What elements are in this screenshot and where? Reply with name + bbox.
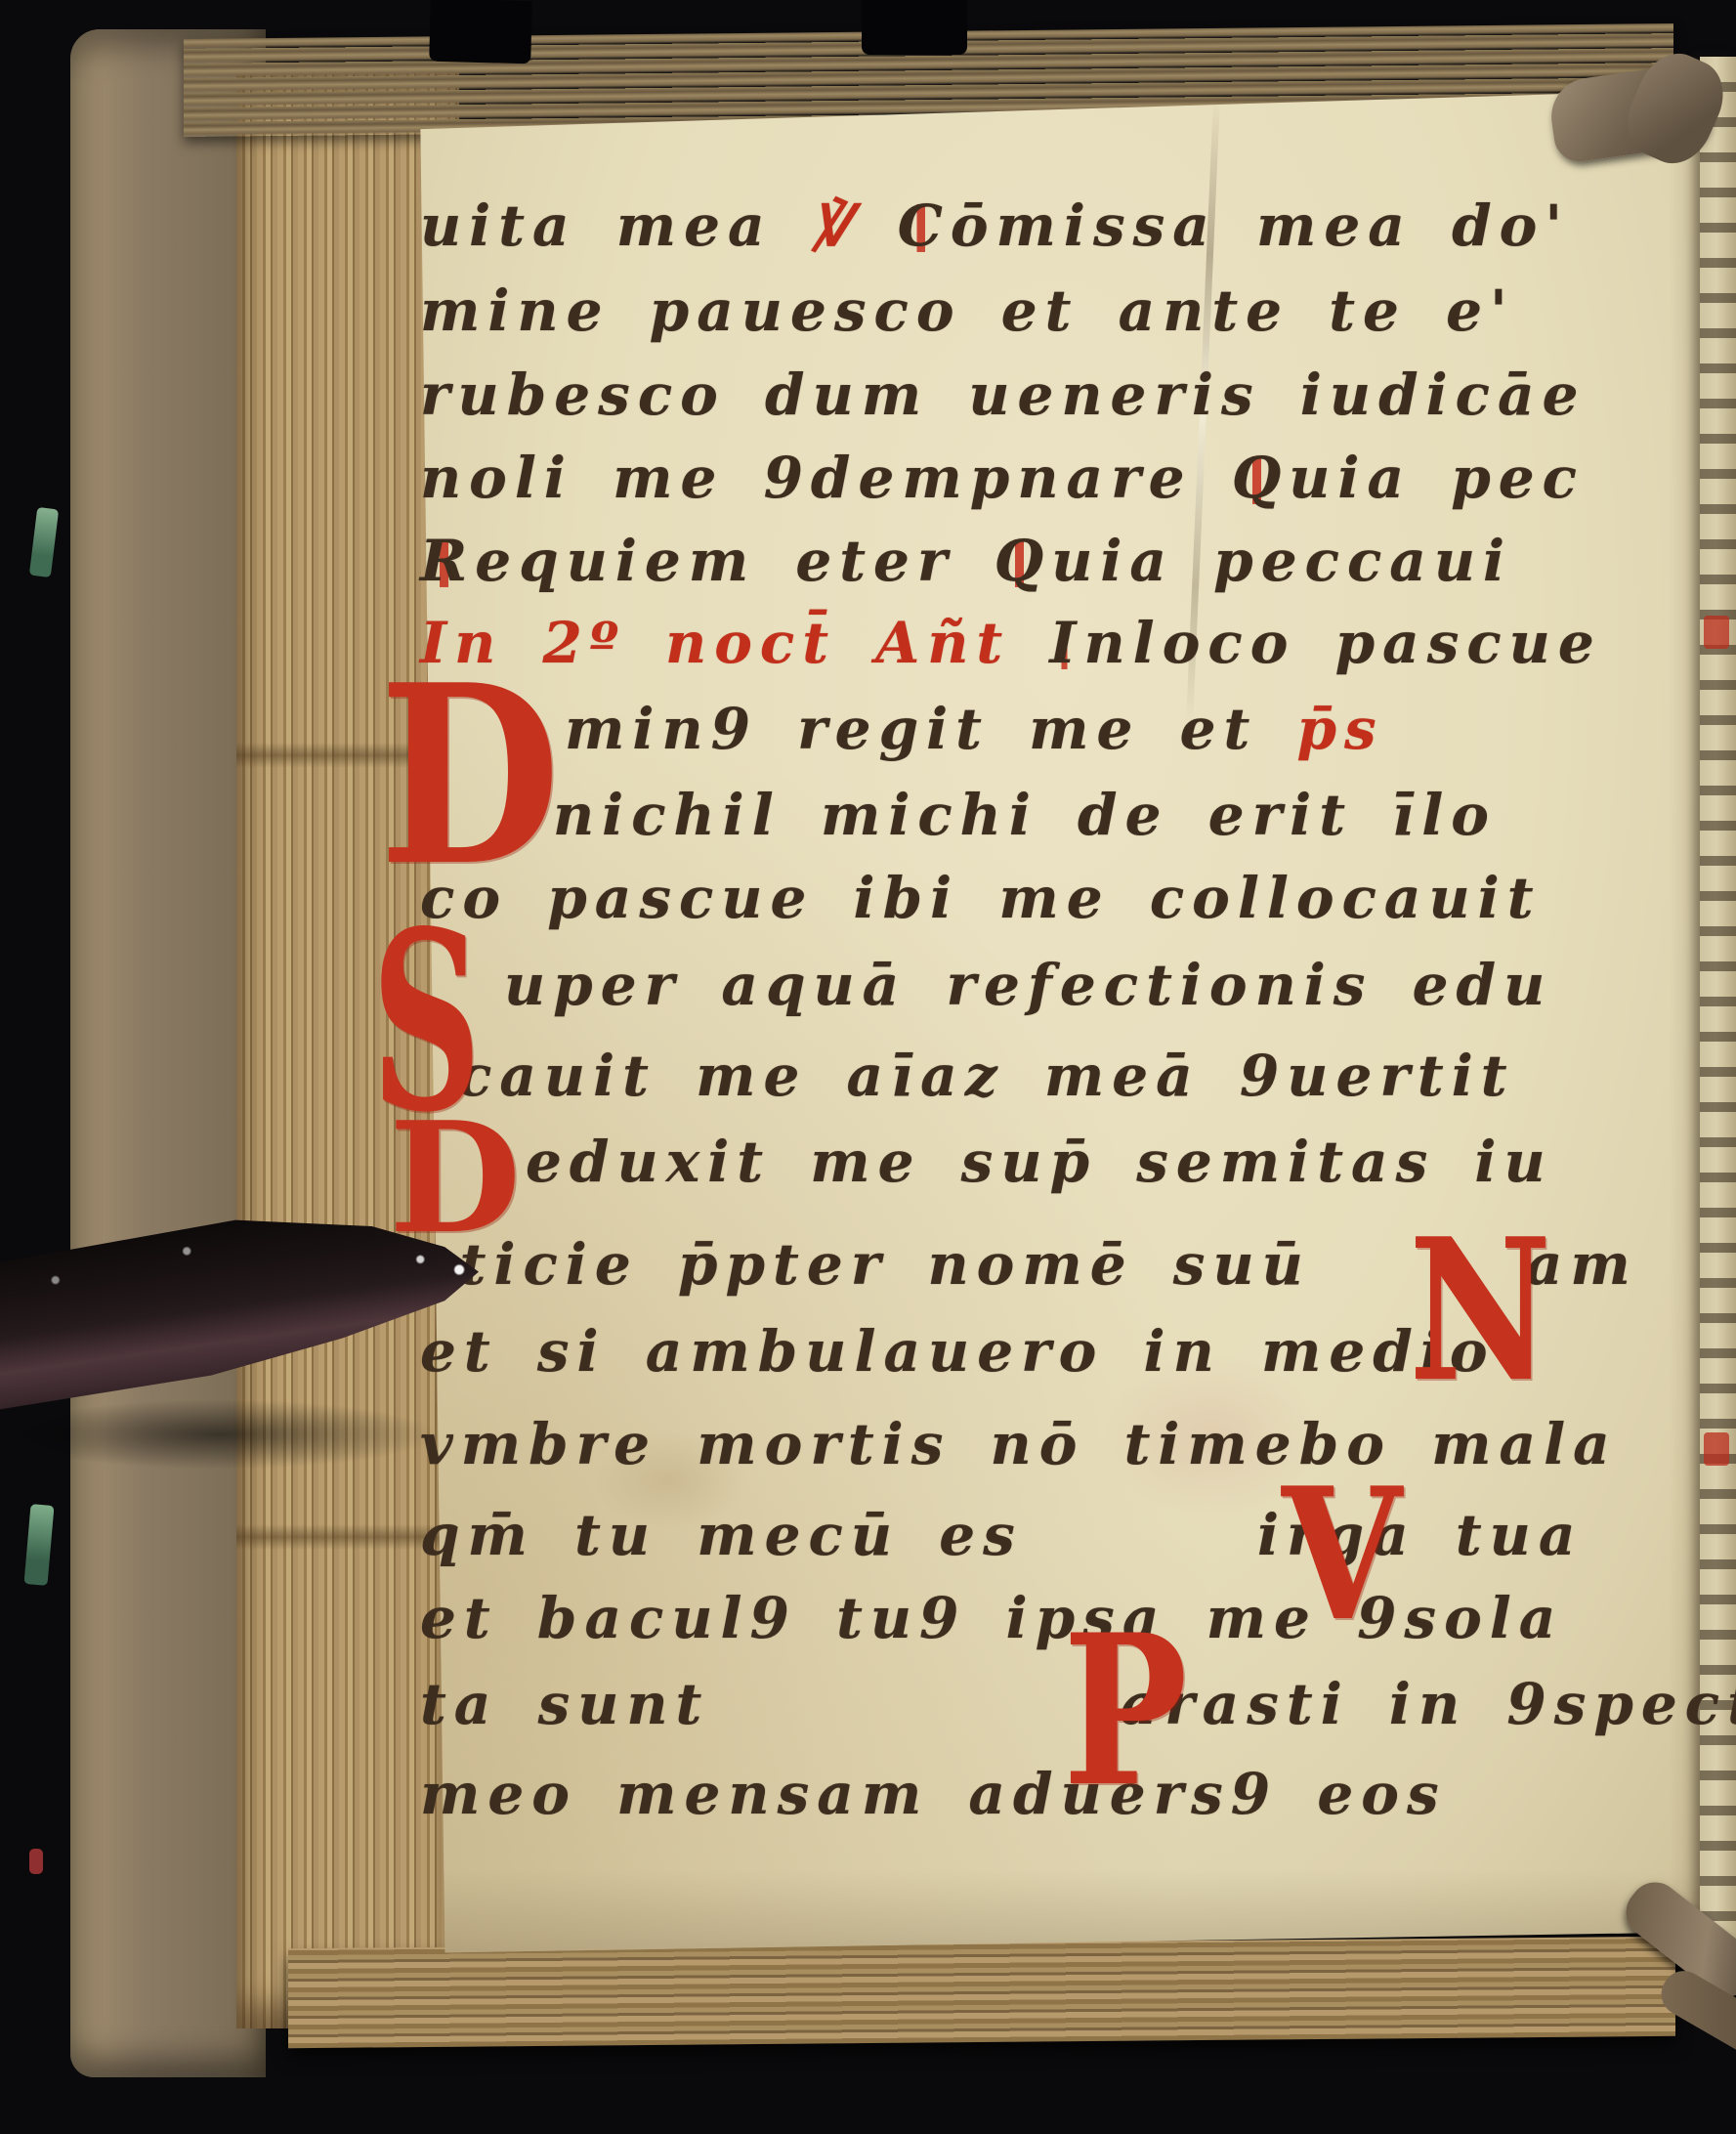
text-segment: uita mea [420,192,812,259]
binding-strap-top-right [1544,47,1729,186]
red-edge-speck [29,1849,43,1874]
red-touched-capital: I [1049,610,1083,676]
illuminated-initial-N-nam: N [1409,1214,1551,1409]
red-touched-capital: R [420,528,475,594]
text-segment: meo mensam aduers9 eos [420,1761,1447,1827]
binding-strap-bottom-right [1600,1899,1736,2105]
text-line-3: rubesco dum ueneris iudicāe [420,350,1586,440]
text-segment: cauit me aīaz meā 9uertit [457,1043,1515,1109]
text-segment: qm̄ tu mecū es [420,1502,1062,1568]
text-segment: eduxit me sup̄ semitas iu [526,1129,1553,1195]
text-segment: uper aquā refectionis edu [504,952,1552,1018]
illuminated-initial-V-virga: V [1282,1464,1402,1645]
text-line-5: Requiem eter Quia peccaui [420,516,1512,606]
red-touched-capital: Q [995,528,1052,594]
illuminated-initial-D-dominus: D [379,653,561,899]
red-touched-capital: C [898,192,951,259]
illuminated-initial-P-parasti: P [1063,1607,1188,1814]
text-line-9: co pascue ibi me collocauit [420,853,1541,943]
stylus-shadow [0,1399,440,1470]
text-segment: rubesco dum ueneris iudicāe [420,362,1586,428]
versicle-mark: ℣ [812,192,898,259]
text-segment: arasti in 9spectu [1121,1671,1736,1737]
text-line-16: qm̄ tu mecū es irga tua [420,1490,1583,1580]
manuscript-photo: uita mea ℣ Cōmissa mea do' mine pauesco … [0,0,1736,2134]
strap-piece [1615,42,1735,174]
black-holder-clip [429,0,532,64]
text-segment: uia peccaui [1051,528,1512,594]
text-segment: mine pauesco et ante te e' [420,277,1515,344]
text-segment: noli me 9dempnare [420,445,1232,511]
text-line-2: mine pauesco et ante te e' [420,266,1515,356]
text-line-7: min9 regit me et p̄s [565,684,1384,774]
red-touched-capital: Q [1232,445,1290,511]
text-segment: nichil michi de erit īlo [553,782,1497,848]
text-line-10: uper aquā refectionis edu [504,940,1552,1030]
text-line-8: nichil michi de erit īlo [553,770,1497,860]
text-segment: ta sunt [420,1671,749,1737]
psalm-abbrev-rubric: p̄s [1297,696,1384,762]
text-line-14: et si ambulauero in medio [420,1306,1496,1396]
text-line-19: meo mensam aduers9 eos [420,1749,1447,1839]
text-line-11: cauit me aīaz meā 9uertit [457,1031,1515,1121]
text-segment: et si ambulauero in medio [420,1318,1496,1385]
illuminated-initial-D-deduxit: D [389,1102,521,1255]
text-line-4: noli me 9dempnare Quia pec [420,433,1585,523]
black-holder-clip [862,0,967,55]
text-line-12: eduxit me sup̄ semitas iu [526,1117,1553,1207]
text-segment: ōmissa mea do' [951,192,1570,259]
rubric-heading-line: In 2º noct̄ Añt Inloco pascue [420,598,1602,688]
text-segment: equiem eter [475,528,994,594]
text-line-1: uita mea ℣ Cōmissa mea do' [420,181,1570,271]
text-segment: uia pec [1289,445,1585,511]
text-segment: sticie p̄pter nomē suū [420,1231,1311,1298]
text-segment: nloco pascue [1084,610,1602,676]
text-segment: min9 regit me et [565,696,1297,762]
text-block: uita mea ℣ Cōmissa mea do' mine pauesco … [0,0,1736,2134]
text-segment: co pascue ibi me collocauit [420,865,1541,931]
